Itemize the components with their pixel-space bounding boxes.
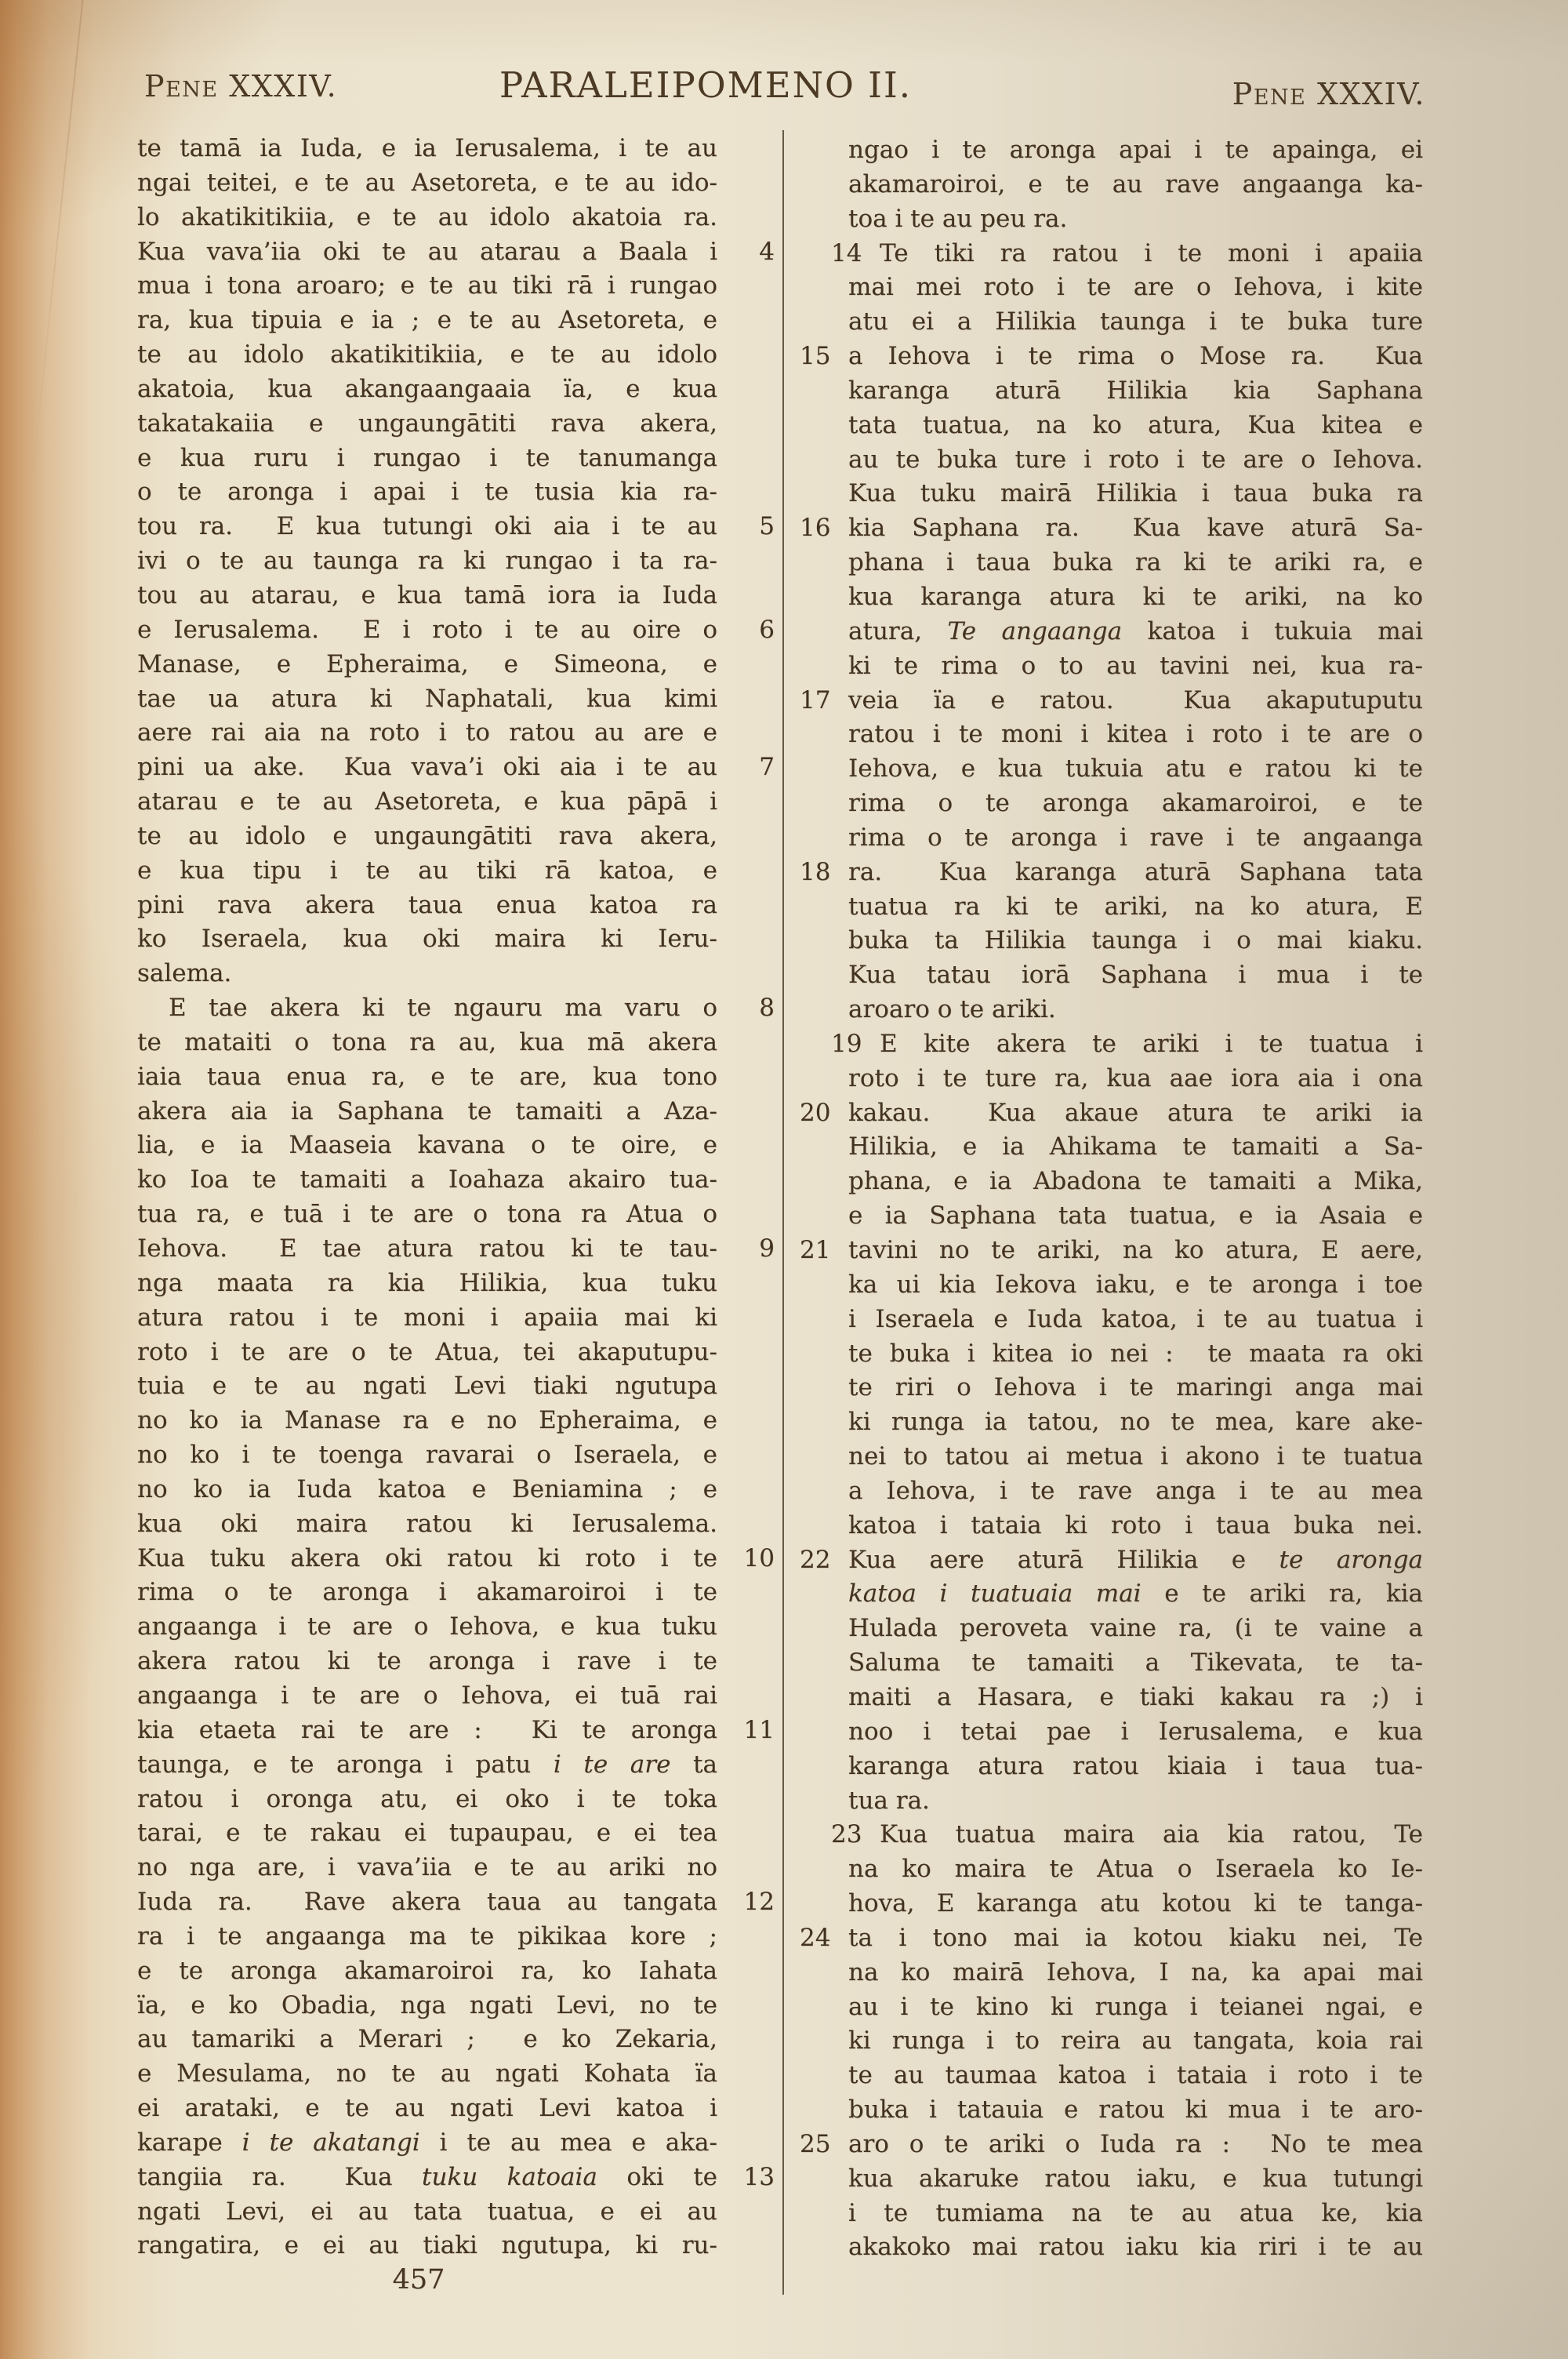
- text-line: veia ïa e ratou. Kua akaputuputu17: [848, 684, 1423, 718]
- body-text: e Mesulama, no te au ngati Kohata ïa: [137, 2059, 717, 2088]
- body-text: ratou i oronga atu, ei oko i te toka: [137, 1785, 717, 1813]
- text-line: ki runga i to reira au tangata, koia rai: [848, 2024, 1423, 2059]
- text-line: tuia e te au ngati Levi tiaki ngutupa: [137, 1369, 717, 1404]
- text-line: no ko ia Manase ra e no Epheraima, e: [137, 1404, 717, 1438]
- body-text: ivi o te au taunga ra ki rungao i ta ra-: [137, 547, 717, 575]
- text-line: tata tuatua, na ko atura, Kua kitea e: [848, 409, 1423, 443]
- body-text: takatakaiia e ungaungātiti rava akera,: [137, 409, 717, 438]
- text-line: ratou i te moni i kitea i roto i te are …: [848, 718, 1423, 752]
- body-text: katoa i tataia ki roto i taua buka nei.: [848, 1511, 1423, 1539]
- text-line: hova, E karanga atu kotou ki te tanga-: [848, 1887, 1423, 1921]
- text-line: angaanga i te are o Iehova, ei tuā rai: [137, 1679, 717, 1714]
- body-text: mai mei roto i te are o Iehova, i kite: [848, 273, 1423, 301]
- body-text: ko Iseraela, kua oki maira ki Ieru-: [137, 925, 717, 953]
- body-text: Kua tuku mairā Hilikia i taua buka ra: [848, 479, 1423, 507]
- body-text: tangiia ra. Kua: [137, 2163, 422, 2191]
- body-text: ki te rima o to au tavini nei, kua ra-: [848, 652, 1423, 680]
- text-line: ko Iseraela, kua oki maira ki Ieru-: [137, 922, 717, 957]
- text-line: Hulada peroveta vaine ra, (i te vaine a: [848, 1612, 1423, 1646]
- text-line: te buka i kitea io nei : te maata ra oki: [848, 1337, 1423, 1372]
- text-line: kua akaruke ratou iaku, e kua tutungi: [848, 2162, 1423, 2197]
- text-line: te au idolo e ungaungātiti rava akera,: [137, 820, 717, 854]
- text-line: Kua vava’iia oki te au atarau a Baala i4: [137, 235, 717, 270]
- body-text: rima o te aronga akamaroiroi, e te: [848, 789, 1423, 817]
- text-line: te mataiti o tona ra au, kua mā akera: [137, 1026, 717, 1060]
- text-line: katoa i tataia ki roto i taua buka nei.: [848, 1509, 1423, 1543]
- body-text: veia ïa e ratou. Kua akaputuputu: [848, 686, 1423, 714]
- text-line: na ko maira te Atua o Iseraela ko Ie-: [848, 1852, 1423, 1887]
- body-text: ngao i te aronga apai i te apainga, ei: [848, 136, 1423, 164]
- text-line: te au idolo akatikitikiia, e te au idolo: [137, 338, 717, 373]
- text-line: toa i te au peu ra.: [848, 202, 1423, 237]
- text-line: ka ui kia Iekova iaku, e te aronga i toe: [848, 1268, 1423, 1303]
- text-line: pini ua ake. Kua vava’i oki aia i te au7: [137, 751, 717, 785]
- verse-number: 16: [800, 511, 844, 546]
- body-text: hova, E karanga atu kotou ki te tanga-: [848, 1889, 1423, 1917]
- text-line: Iehova. E tae atura ratou ki te tau-9: [137, 1232, 717, 1267]
- text-line: buka ta Hilikia taunga i o mai kiaku.: [848, 924, 1423, 958]
- body-text: salema.: [137, 959, 231, 987]
- text-line: a Iehova i te rima o Mose ra. Kua15: [848, 340, 1423, 374]
- body-text: ratou i te moni i kitea i roto i te are …: [848, 720, 1423, 748]
- column-left: te tamā ia Iuda, e ia Ierusalema, i te a…: [137, 132, 717, 2263]
- body-text: te au idolo akatikitikiia, e te au idolo: [137, 340, 717, 369]
- text-line: au i te kino ki runga i teianei ngai, e: [848, 1990, 1423, 2025]
- body-text: akera ratou ki te aronga i rave i te: [137, 1647, 717, 1675]
- body-text: rangatira, e ei au tiaki ngutupa, ki ru-: [137, 2231, 717, 2259]
- text-line: Iuda ra. Rave akera taua au tangata12: [137, 1885, 717, 1920]
- running-head-right: Pene XXXIV.: [1198, 77, 1425, 111]
- text-line: Te tiki ra ratou i te moni i apaiia14: [848, 237, 1423, 271]
- verse-number: 25: [800, 2128, 844, 2162]
- text-line: no ko ia Iuda katoa e Beniamina ; e: [137, 1473, 717, 1507]
- text-line: iaia taua enua ra, e te are, kua tono: [137, 1060, 717, 1095]
- body-text: ki runga ia tatou, no te mea, kare ake-: [848, 1408, 1423, 1436]
- body-text: akamaroiroi, e te au rave angaanga ka-: [848, 170, 1423, 198]
- body-text: Manase, e Epheraima, e Simeona, e: [137, 650, 717, 678]
- scanned-book-page: Pene XXXIV. PARALEIPOMENO II. Pene XXXIV…: [0, 0, 1568, 2359]
- body-text: Iehova. E tae atura ratou ki te tau-: [137, 1234, 717, 1263]
- body-text: taunga, e te aronga i patu: [137, 1750, 554, 1779]
- body-text: ra i te angaanga ma te pikikaa kore ;: [137, 1922, 717, 1950]
- text-line: Hilikia, e ia Ahikama te tamaiti a Sa-: [848, 1130, 1423, 1165]
- body-text: akatoia, kua akangaangaaia ïa, e kua: [137, 375, 717, 403]
- text-line: aro o te ariki o Iuda ra : No te mea25: [848, 2128, 1423, 2162]
- book-title: PARALEIPOMENO II.: [439, 64, 972, 106]
- text-line: te riri o Iehova i te maringi anga mai: [848, 1371, 1423, 1405]
- verse-number: 21: [800, 1234, 844, 1268]
- text-line: te tamā ia Iuda, e ia Ierusalema, i te a…: [137, 132, 717, 166]
- body-text: Iehova, e kua tukuia atu e ratou ki te: [848, 754, 1423, 783]
- text-line: salema.: [137, 957, 717, 991]
- text-line: rima o te aronga akamaroiroi, e te: [848, 787, 1423, 821]
- text-line: nga maata ra kia Hilikia, kua tuku: [137, 1267, 717, 1301]
- body-text: no ko i te toenga ravarai o Iseraela, e: [137, 1441, 717, 1469]
- text-line: ko Ioa te tamaiti a Ioahaza akairo tua-: [137, 1163, 717, 1198]
- body-text: ngati Levi, ei au tata tuatua, e ei au: [137, 2197, 717, 2226]
- text-line: akakoko mai ratou iaku kia riri i te au: [848, 2230, 1423, 2265]
- verse-number: 5: [726, 510, 775, 544]
- body-text: rima o te aronga i akamaroiroi i te: [137, 1578, 717, 1606]
- verse-number: 15: [800, 340, 844, 374]
- italic-text: katoa i tuatuaia mai: [848, 1579, 1142, 1608]
- text-line: rima o te aronga i akamaroiroi i te: [137, 1576, 717, 1610]
- verse-number: 9: [726, 1232, 775, 1267]
- text-line: na ko mairā Iehova, I na, ka apai mai: [848, 1956, 1423, 1990]
- italic-text: i te akatangi: [242, 2128, 420, 2157]
- body-text: tua ra.: [848, 1787, 930, 1815]
- body-text: aere rai aia na roto i to ratou au are e: [137, 718, 717, 747]
- body-text: karape: [137, 2128, 242, 2157]
- text-line: Kua tuatua maira aia kia ratou, Te23: [848, 1818, 1423, 1852]
- body-text: roto i te are o te Atua, tei akaputupu-: [137, 1338, 717, 1366]
- text-line: tarai, e te rakau ei tupaupau, e ei tea: [137, 1816, 717, 1851]
- text-line: takatakaiia e ungaungātiti rava akera,: [137, 407, 717, 442]
- body-text: iaia taua enua ra, e te are, kua tono: [137, 1063, 717, 1091]
- text-line: phana i taua buka ra ki te ariki ra, e: [848, 546, 1423, 580]
- body-text: buka i tatauia e ratou ki mua i te aro-: [848, 2095, 1423, 2124]
- text-line: atu ei a Hilikia taunga i te buka ture: [848, 305, 1423, 340]
- body-text: no ko ia Iuda katoa e Beniamina ; e: [137, 1475, 717, 1503]
- text-line: karape i te akatangi i te au mea e aka-: [137, 2126, 717, 2161]
- italic-text: Te angaanga: [948, 617, 1123, 645]
- text-line: ta i tono mai ia kotou kiaku nei, Te24: [848, 1921, 1423, 1956]
- body-text: ngai teitei, e te au Asetoreta, e te au …: [137, 169, 717, 197]
- text-line: atura, Te angaanga katoa i tukuia mai: [848, 615, 1423, 649]
- body-text: kia etaeta rai te are : Ki te aronga: [137, 1716, 717, 1744]
- text-line: atura ratou i te moni i apaiia mai ki: [137, 1301, 717, 1336]
- body-text: atura ratou i te moni i apaiia mai ki: [137, 1303, 717, 1332]
- text-line: mua i tona aroaro; e te au tiki rā i run…: [137, 269, 717, 304]
- body-text: angaanga i te are o Iehova, ei tuā rai: [137, 1681, 717, 1710]
- text-line: au te buka ture i roto i te are o Iehova…: [848, 443, 1423, 478]
- body-text: e te ariki ra, kia: [1142, 1579, 1423, 1608]
- text-line: ki runga ia tatou, no te mea, kare ake-: [848, 1405, 1423, 1440]
- text-line: ra, kua tipuia e ia ; e te au Asetoreta,…: [137, 304, 717, 338]
- body-text: te au idolo e ungaungātiti rava akera,: [137, 822, 717, 850]
- body-text: phana, e ia Abadona te tamaiti a Mika,: [848, 1167, 1423, 1195]
- column-right: ngao i te aronga apai i te apainga, eiak…: [848, 133, 1423, 2265]
- body-text: aro o te ariki o Iuda ra : No te mea: [848, 2130, 1423, 2158]
- text-line: pini rava akera taua enua katoa ra: [137, 889, 717, 923]
- body-text: e Ierusalema. E i roto i te au oire o: [137, 616, 717, 644]
- text-line: noo i tetai pae i Ierusalema, e kua: [848, 1715, 1423, 1750]
- body-text: a Iehova, i te rave anga i te au mea: [848, 1477, 1423, 1505]
- text-line: ngai teitei, e te au Asetoreta, e te au …: [137, 166, 717, 201]
- text-line: e kua ruru i rungao i te tanumanga: [137, 442, 717, 476]
- verse-number: 12: [726, 1885, 775, 1920]
- verse-number: 18: [800, 856, 844, 890]
- italic-text: tuku katoaia: [422, 2163, 597, 2191]
- text-line: Manase, e Epheraima, e Simeona, e: [137, 648, 717, 682]
- text-line: E tae akera ki te ngauru ma varu o8: [137, 991, 717, 1026]
- verse-number: 19: [800, 1027, 844, 1062]
- body-text: atarau e te au Asetoreta, e kua pāpā i: [137, 787, 717, 816]
- text-line: lia, e ia Maaseia kavana o te oire, e: [137, 1129, 717, 1163]
- body-text: o te aronga i apai i te tusia kia ra-: [137, 478, 717, 506]
- text-line: akera ratou ki te aronga i rave i te: [137, 1645, 717, 1679]
- italic-text: te aronga: [1279, 1546, 1423, 1574]
- text-line: tua ra, e tuā i te are o tona ra Atua o: [137, 1198, 717, 1232]
- text-line: tou ra. E kua tutungi oki aia i te au5: [137, 510, 717, 544]
- text-line: Saluma te tamaiti a Tikevata, te ta-: [848, 1646, 1423, 1681]
- body-text: te au taumaa katoa i tataia i roto i te: [848, 2061, 1423, 2089]
- body-text: au i te kino ki runga i teianei ngai, e: [848, 1993, 1423, 2021]
- body-text: ra, kua tipuia e ia ; e te au Asetoreta,…: [137, 306, 717, 334]
- text-line: atarau e te au Asetoreta, e kua pāpā i: [137, 785, 717, 820]
- body-text: e kua tipu i te au tiki rā katoa, e: [137, 856, 717, 885]
- body-text: Kua tuku akera oki ratou ki roto i te: [137, 1544, 717, 1572]
- text-line: ra i te angaanga ma te pikikaa kore ;: [137, 1920, 717, 1954]
- text-line: maiti a Hasara, e tiaki kakau ra ;) i: [848, 1681, 1423, 1715]
- text-line: no nga are, i vava’iia e te au ariki no: [137, 1851, 717, 1885]
- text-line: mai mei roto i te are o Iehova, i kite: [848, 271, 1423, 305]
- text-line: tavini no te ariki, na ko atura, E aere,…: [848, 1234, 1423, 1268]
- text-line: no ko i te toenga ravarai o Iseraela, e: [137, 1438, 717, 1473]
- body-text: te riri o Iehova i te maringi anga mai: [848, 1373, 1423, 1401]
- text-line: nei to tatou ai metua i akono i te tuatu…: [848, 1440, 1423, 1474]
- text-line: ngati Levi, ei au tata tuatua, e ei au: [137, 2195, 717, 2230]
- body-text: noo i tetai pae i Ierusalema, e kua: [848, 1717, 1423, 1746]
- text-line: ratou i oronga atu, ei oko i te toka: [137, 1783, 717, 1817]
- body-text: tae ua atura ki Naphatali, kua kimi: [137, 685, 717, 713]
- column-divider-rule: [782, 130, 784, 2295]
- body-text: e kua ruru i rungao i te tanumanga: [137, 444, 717, 472]
- verse-number: 7: [726, 751, 775, 785]
- body-text: Te tiki ra ratou i te moni i apaiia: [880, 239, 1423, 267]
- text-line: kua karanga atura ki te ariki, na ko: [848, 580, 1423, 615]
- body-text: Hulada peroveta vaine ra, (i te vaine a: [848, 1614, 1423, 1642]
- body-text: na ko mairā Iehova, I na, ka apai mai: [848, 1958, 1423, 1986]
- body-text: karanga atura ratou kiaia i taua tua-: [848, 1752, 1423, 1780]
- body-text: tou au atarau, e kua tamā iora ia Iuda: [137, 581, 717, 609]
- body-text: Kua tuatua maira aia kia ratou, Te: [880, 1820, 1423, 1848]
- text-line: rima o te aronga i rave i te angaanga: [848, 821, 1423, 856]
- page-number: 457: [375, 2262, 463, 2298]
- body-text: mua i tona aroaro; e te au tiki rā i run…: [137, 271, 717, 300]
- body-text: toa i te au peu ra.: [848, 205, 1067, 233]
- body-text: na ko maira te Atua o Iseraela ko Ie-: [848, 1855, 1423, 1883]
- body-text: e te aronga akamaroiroi ra, ko Iahata: [137, 1957, 717, 1985]
- text-line: o te aronga i apai i te tusia kia ra-: [137, 475, 717, 510]
- text-line: aroaro o te ariki.: [848, 993, 1423, 1027]
- body-text: nei to tatou ai metua i akono i te tuatu…: [848, 1442, 1423, 1470]
- text-line: phana, e ia Abadona te tamaiti a Mika,: [848, 1165, 1423, 1199]
- text-line: akera aia ia Saphana te tamaiti a Aza-: [137, 1095, 717, 1129]
- text-line: ei arataki, e te au ngati Levi katoa i: [137, 2092, 717, 2126]
- body-text: te mataiti o tona ra au, kua mā akera: [137, 1028, 717, 1056]
- body-text: ta: [670, 1750, 717, 1779]
- text-line: roto i te ture ra, kua aae iora aia i on…: [848, 1062, 1423, 1096]
- text-line: tangiia ra. Kua tuku katoaia oki te13: [137, 2161, 717, 2195]
- text-line: kia etaeta rai te are : Ki te aronga11: [137, 1714, 717, 1748]
- body-text: au te buka ture i roto i te are o Iehova…: [848, 445, 1423, 474]
- body-text: oki te: [597, 2163, 717, 2191]
- body-text: tarai, e te rakau ei tupaupau, e ei tea: [137, 1819, 717, 1847]
- text-line: tou au atarau, e kua tamā iora ia Iuda: [137, 579, 717, 613]
- body-text: Kua tatau iorā Saphana i mua i te: [848, 961, 1423, 989]
- text-line: ïa, e ko Obadia, nga ngati Levi, no te: [137, 1989, 717, 2023]
- body-text: tua ra, e tuā i te are o tona ra Atua o: [137, 1200, 717, 1228]
- text-line: Kua tuku akera oki ratou ki roto i te10: [137, 1542, 717, 1576]
- body-text: pini ua ake. Kua vava’i oki aia i te au: [137, 753, 717, 781]
- text-line: karanga aturā Hilikia kia Saphana: [848, 374, 1423, 409]
- body-text: phana i taua buka ra ki te ariki ra, e: [848, 548, 1423, 576]
- text-line: e Mesulama, no te au ngati Kohata ïa: [137, 2057, 717, 2092]
- text-line: ki te rima o to au tavini nei, kua ra-: [848, 649, 1423, 684]
- body-text: tuatua ra ki te ariki, na ko atura, E: [848, 892, 1423, 921]
- body-text: i Iseraela e Iuda katoa, i te au tuatua …: [848, 1305, 1423, 1333]
- italic-text: i te are: [554, 1750, 671, 1779]
- verse-number: 8: [726, 991, 775, 1026]
- text-line: a Iehova, i te rave anga i te au mea: [848, 1474, 1423, 1509]
- verse-number: 22: [800, 1543, 844, 1578]
- verse-number: 11: [726, 1714, 775, 1748]
- body-text: aroaro o te ariki.: [848, 995, 1056, 1023]
- text-line: rangatira, e ei au tiaki ngutupa, ki ru-: [137, 2229, 717, 2263]
- body-text: kia Saphana ra. Kua kave aturā Sa-: [848, 514, 1423, 542]
- verse-number: 17: [800, 684, 844, 718]
- paper-crease: [32, 0, 86, 477]
- text-line: i te tumiama na te au atua ke, kia: [848, 2197, 1423, 2231]
- body-text: lo akatikitikiia, e te au idolo akatoia …: [137, 203, 717, 231]
- text-line: Kua tuku mairā Hilikia i taua buka ra: [848, 477, 1423, 511]
- body-text: karanga aturā Hilikia kia Saphana: [848, 376, 1423, 405]
- text-line: tae ua atura ki Naphatali, kua kimi: [137, 682, 717, 717]
- verse-number: 13: [726, 2161, 775, 2195]
- body-text: atu ei a Hilikia taunga i te buka ture: [848, 307, 1423, 336]
- body-text: au tamariki a Merari ; e ko Zekaria,: [137, 2025, 717, 2053]
- text-line: katoa i tuatuaia mai e te ariki ra, kia: [848, 1577, 1423, 1612]
- body-text: no nga are, i vava’iia e te au ariki no: [137, 1853, 717, 1881]
- text-line: Kua aere aturā Hilikia e te aronga22: [848, 1543, 1423, 1578]
- body-text: kua akaruke ratou iaku, e kua tutungi: [848, 2165, 1423, 2193]
- body-text: ka ui kia Iekova iaku, e te aronga i toe: [848, 1270, 1423, 1299]
- body-text: lia, e ia Maaseia kavana o te oire, e: [137, 1131, 717, 1159]
- body-text: Iuda ra. Rave akera taua au tangata: [137, 1888, 717, 1916]
- verse-number: 24: [800, 1921, 844, 1956]
- body-text: ei arataki, e te au ngati Levi katoa i: [137, 2094, 717, 2122]
- text-line: karanga atura ratou kiaia i taua tua-: [848, 1750, 1423, 1784]
- body-text: nga maata ra kia Hilikia, kua tuku: [137, 1269, 717, 1297]
- body-text: atura,: [848, 617, 948, 645]
- text-line: ivi o te au taunga ra ki rungao i ta ra-: [137, 544, 717, 579]
- text-line: lo akatikitikiia, e te au idolo akatoia …: [137, 201, 717, 235]
- body-text: maiti a Hasara, e tiaki kakau ra ;) i: [848, 1683, 1423, 1711]
- body-text: E tae akera ki te ngauru ma varu o: [169, 994, 717, 1022]
- body-text: Kua vava’iia oki te au atarau a Baala i: [137, 238, 717, 266]
- body-text: pini rava akera taua enua katoa ra: [137, 891, 717, 919]
- body-text: te tamā ia Iuda, e ia Ierusalema, i te a…: [137, 134, 717, 162]
- body-text: angaanga i te are o Iehova, e kua tuku: [137, 1612, 717, 1641]
- body-text: ki runga i to reira au tangata, koia rai: [848, 2026, 1423, 2055]
- body-text: ta i tono mai ia kotou kiaku nei, Te: [848, 1924, 1423, 1952]
- text-line: e kua tipu i te au tiki rā katoa, e: [137, 854, 717, 889]
- body-text: tou ra. E kua tutungi oki aia i te au: [137, 512, 717, 540]
- verse-number: 14: [800, 237, 844, 271]
- text-line: E kite akera te ariki i te tuatua i19: [848, 1027, 1423, 1062]
- text-line: kia Saphana ra. Kua kave aturā Sa-16: [848, 511, 1423, 546]
- text-line: e Ierusalema. E i roto i te au oire o6: [137, 613, 717, 648]
- text-line: Kua tatau iorā Saphana i mua i te: [848, 958, 1423, 993]
- body-text: te buka i kitea io nei : te maata ra oki: [848, 1339, 1423, 1368]
- text-line: angaanga i te are o Iehova, e kua tuku: [137, 1610, 717, 1645]
- body-text: kua oki maira ratou ki Ierusalema.: [137, 1510, 717, 1538]
- body-text: kua karanga atura ki te ariki, na ko: [848, 583, 1423, 611]
- body-text: akera aia ia Saphana te tamaiti a Aza-: [137, 1097, 717, 1125]
- text-line: buka i tatauia e ratou ki mua i te aro-: [848, 2093, 1423, 2128]
- text-line: ngao i te aronga apai i te apainga, ei: [848, 133, 1423, 168]
- verse-number: 20: [800, 1096, 844, 1131]
- body-text: akakoko mai ratou iaku kia riri i te au: [848, 2233, 1423, 2261]
- body-text: ko Ioa te tamaiti a Ioahaza akairo tua-: [137, 1165, 717, 1194]
- body-text: buka ta Hilikia taunga i o mai kiaku.: [848, 926, 1423, 954]
- running-head-left: Pene XXXIV.: [144, 69, 337, 104]
- verse-number: 10: [726, 1542, 775, 1576]
- body-text: i te tumiama na te au atua ke, kia: [848, 2199, 1423, 2227]
- body-text: ïa, e ko Obadia, nga ngati Levi, no te: [137, 1991, 717, 2019]
- text-line: aere rai aia na roto i to ratou au are e: [137, 716, 717, 751]
- verse-number: 4: [726, 235, 775, 270]
- body-text: E kite akera te ariki i te tuatua i: [880, 1030, 1423, 1058]
- text-line: i Iseraela e Iuda katoa, i te au tuatua …: [848, 1303, 1423, 1337]
- text-line: e te aronga akamaroiroi ra, ko Iahata: [137, 1954, 717, 1989]
- text-line: au tamariki a Merari ; e ko Zekaria,: [137, 2023, 717, 2057]
- text-line: ra. Kua karanga aturā Saphana tata18: [848, 856, 1423, 890]
- body-text: Hilikia, e ia Ahikama te tamaiti a Sa-: [848, 1132, 1423, 1161]
- body-text: tata tuatua, na ko atura, Kua kitea e: [848, 411, 1423, 439]
- body-text: ra. Kua karanga aturā Saphana tata: [848, 858, 1423, 886]
- text-line: kua oki maira ratou ki Ierusalema.: [137, 1507, 717, 1542]
- body-text: kakau. Kua akaue atura te ariki ia: [848, 1099, 1423, 1127]
- body-text: no ko ia Manase ra e no Epheraima, e: [137, 1406, 717, 1434]
- verse-number: 6: [726, 613, 775, 648]
- body-text: katoa i tukuia mai: [1122, 617, 1423, 645]
- text-line: taunga, e te aronga i patu i te are ta: [137, 1748, 717, 1783]
- body-text: i te au mea e aka-: [420, 2128, 717, 2157]
- text-line: tuatua ra ki te ariki, na ko atura, E: [848, 890, 1423, 925]
- text-line: akatoia, kua akangaangaaia ïa, e kua: [137, 373, 717, 407]
- body-text: e ia Saphana tata tuatua, e ia Asaia e: [848, 1201, 1423, 1230]
- text-line: tua ra.: [848, 1784, 1423, 1819]
- text-line: e ia Saphana tata tuatua, e ia Asaia e: [848, 1199, 1423, 1234]
- body-text: tavini no te ariki, na ko atura, E aere,: [848, 1236, 1423, 1264]
- text-line: Iehova, e kua tukuia atu e ratou ki te: [848, 752, 1423, 787]
- body-text: rima o te aronga i rave i te angaanga: [848, 823, 1423, 852]
- text-line: akamaroiroi, e te au rave angaanga ka-: [848, 168, 1423, 202]
- body-text: roto i te ture ra, kua aae iora aia i on…: [848, 1064, 1423, 1092]
- text-line: kakau. Kua akaue atura te ariki ia20: [848, 1096, 1423, 1131]
- body-text: Saluma te tamaiti a Tikevata, te ta-: [848, 1648, 1423, 1677]
- body-text: tuia e te au ngati Levi tiaki ngutupa: [137, 1372, 717, 1400]
- body-text: a Iehova i te rima o Mose ra. Kua: [848, 342, 1423, 370]
- verse-number: 23: [800, 1818, 844, 1852]
- text-line: roto i te are o te Atua, tei akaputupu-: [137, 1336, 717, 1370]
- text-line: te au taumaa katoa i tataia i roto i te: [848, 2059, 1423, 2093]
- body-text: Kua aere aturā Hilikia e: [848, 1546, 1279, 1574]
